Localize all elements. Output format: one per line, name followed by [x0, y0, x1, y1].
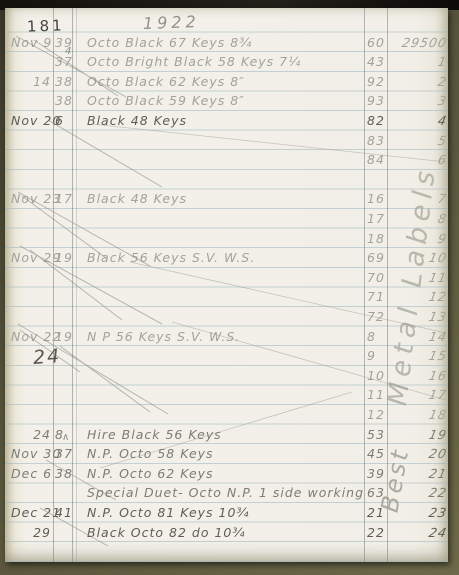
row-date: Dec 21 — [11, 505, 55, 520]
row-serial-number: 4 — [385, 113, 448, 128]
row-margin-note: 14 — [17, 74, 51, 89]
row-date: Nov 20 — [11, 113, 55, 128]
row-margin-note: 24 — [17, 427, 51, 442]
year-heading: 1922 — [143, 12, 200, 33]
row-description: Special Duet- Octo N.P. 1 side working — [87, 485, 365, 500]
ledger-row: 248Hire Black 56 Keys5319 — [5, 427, 448, 446]
page-number: 181 — [27, 16, 65, 35]
row-description: N.P. Octo 81 Keys 10¾ — [87, 505, 365, 520]
row-batch-number: 19 — [55, 250, 77, 265]
ledger-row: Nov 3037N.P. Octo 58 Keys4520 — [5, 446, 448, 465]
ledger-row: 37Octo Bright Black 58 Keys 7¼431 — [5, 54, 448, 73]
row-description: Black 48 Keys — [87, 191, 365, 206]
row-description: Octo Black 62 Keys 8″ — [87, 74, 365, 89]
row-serial-number: 24 — [385, 525, 448, 540]
row-serial-number: 7 — [385, 191, 448, 206]
ledger-page: 181 1922 4 ∧ 24 Metal Labels Best Nov 93… — [5, 8, 448, 562]
ledger-row: 189 — [5, 231, 448, 250]
row-serial-number: 11 — [385, 270, 448, 285]
ledger-row: 1218 — [5, 407, 448, 426]
row-description: Octo Black 67 Keys 8¾ — [87, 35, 365, 50]
row-serial-number: 12 — [385, 289, 448, 304]
ledger-row: 846 — [5, 152, 448, 171]
row-serial-number: 17 — [385, 387, 448, 402]
row-serial-number: 8 — [385, 211, 448, 226]
row-serial-number: 19 — [385, 427, 448, 442]
row-date: Dec 6 — [11, 466, 55, 481]
ledger-row: Special Duet- Octo N.P. 1 side working63… — [5, 485, 448, 504]
ledger-row: 7213 — [5, 309, 448, 328]
row-description: N P 56 Keys S.V. W.S. — [87, 329, 365, 344]
row-date: Nov 30 — [11, 446, 55, 461]
row-batch-number: 41 — [55, 505, 77, 520]
ledger-row: 835 — [5, 133, 448, 152]
ledger-row: 178 — [5, 211, 448, 230]
row-batch-number: 17 — [55, 191, 77, 206]
row-description: Octo Black 59 Keys 8″ — [87, 93, 365, 108]
ledger-row: 915 — [5, 348, 448, 367]
row-serial-number: 22 — [385, 485, 448, 500]
row-serial-number: 16 — [385, 368, 448, 383]
row-description: N.P. Octo 58 Keys — [87, 446, 365, 461]
ledger-row: 7011 — [5, 270, 448, 289]
row-serial-number: 18 — [385, 407, 448, 422]
row-description: N.P. Octo 62 Keys — [87, 466, 365, 481]
ledger-row: 1438Octo Black 62 Keys 8″922 — [5, 74, 448, 93]
ledger-row: 1016 — [5, 368, 448, 387]
row-date: Nov 9 — [11, 35, 55, 50]
row-serial-number: 15 — [385, 348, 448, 363]
row-batch-number: 6 — [55, 113, 77, 128]
ledger-row: Nov 2219N P 56 Keys S.V. W.S.814 — [5, 329, 448, 348]
row-description: Octo Bright Black 58 Keys 7¼ — [87, 54, 365, 69]
ledger-row: Dec 638N.P. Octo 62 Keys3921 — [5, 466, 448, 485]
row-date: Nov 23 — [11, 191, 55, 206]
row-date: Nov 29 — [11, 250, 55, 265]
row-batch-number: 37 — [55, 446, 77, 461]
ledger-row: Dec 2141N.P. Octo 81 Keys 10¾2123 — [5, 505, 448, 524]
row-batch-number: 38 — [55, 466, 77, 481]
row-batch-number: 37 — [55, 54, 77, 69]
ledger-row: 1117 — [5, 387, 448, 406]
row-serial-number: 29500 — [385, 35, 448, 50]
row-serial-number: 13 — [385, 309, 448, 324]
row-serial-number: 9 — [385, 231, 448, 246]
ledger-row: Nov 2317Black 48 Keys167 — [5, 191, 448, 210]
row-batch-number: 38 — [55, 93, 77, 108]
ledger-row: 29Black Octo 82 do 10¾2224 — [5, 525, 448, 544]
row-serial-number: 20 — [385, 446, 448, 461]
row-description: Black Octo 82 do 10¾ — [87, 525, 365, 540]
row-batch-number: 39 — [55, 35, 77, 50]
row-serial-number: 5 — [385, 133, 448, 148]
row-serial-number: 23 — [385, 505, 448, 520]
ledger-row: 38Octo Black 59 Keys 8″933 — [5, 93, 448, 112]
row-serial-number: 10 — [385, 250, 448, 265]
ledger-row: Nov 206Black 48 Keys824 — [5, 113, 448, 132]
row-serial-number: 1 — [385, 54, 448, 69]
ledger-row: Nov 2919Black 56 Keys S.V. W.S.6910 — [5, 250, 448, 269]
row-serial-number: 21 — [385, 466, 448, 481]
row-batch-number: 8 — [55, 427, 77, 442]
ledger-row: Nov 939Octo Black 67 Keys 8¾6029500 — [5, 35, 448, 54]
row-date: Nov 22 — [11, 329, 55, 344]
row-description: Black 48 Keys — [87, 113, 365, 128]
row-serial-number: 3 — [385, 93, 448, 108]
row-margin-note: 29 — [17, 525, 51, 540]
row-serial-number: 14 — [385, 329, 448, 344]
ledger-photo: 181 1922 4 ∧ 24 Metal Labels Best Nov 93… — [0, 0, 459, 575]
row-description: Hire Black 56 Keys — [87, 427, 365, 442]
row-batch-number: 38 — [55, 74, 77, 89]
ledger-row: 7112 — [5, 289, 448, 308]
row-batch-number: 19 — [55, 329, 77, 344]
row-serial-number: 6 — [385, 152, 448, 167]
row-serial-number: 2 — [385, 74, 448, 89]
row-description: Black 56 Keys S.V. W.S. — [87, 250, 365, 265]
